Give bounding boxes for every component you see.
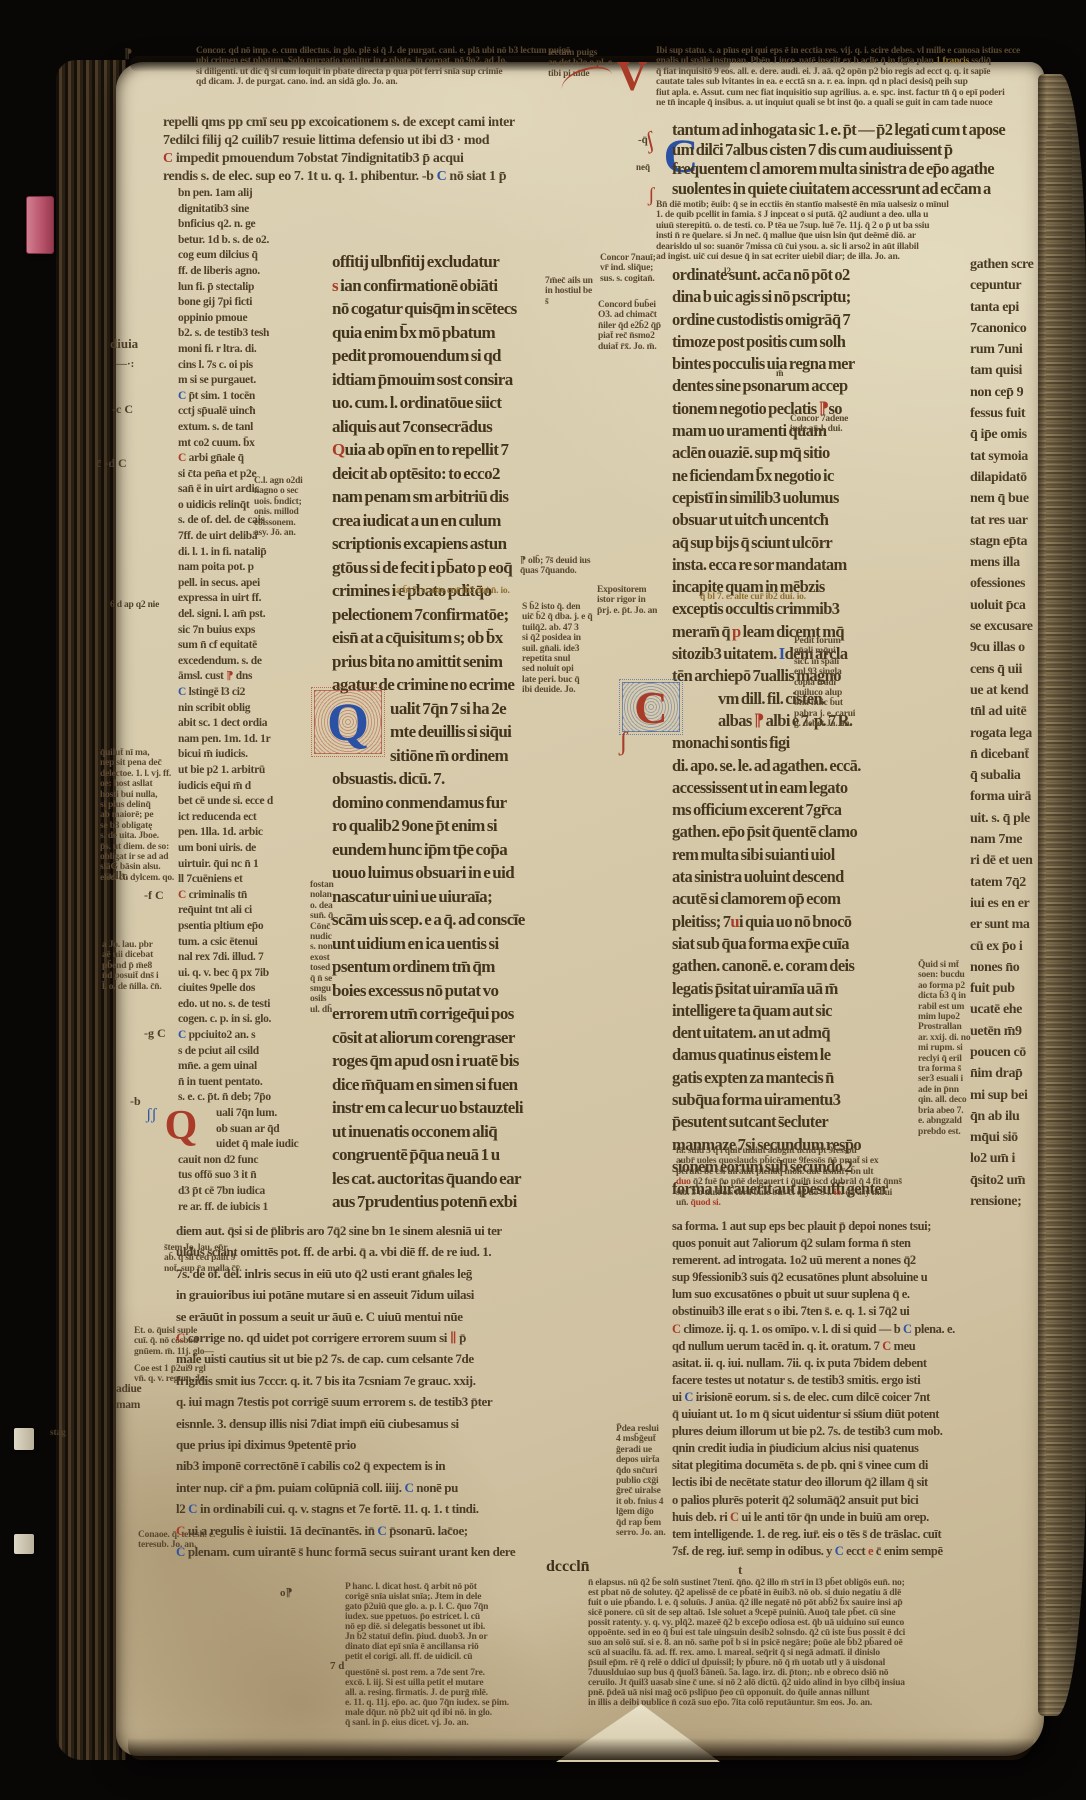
initial-v-red: V bbox=[612, 54, 652, 100]
marginal-7d: 7 d bbox=[330, 1660, 344, 1672]
red-paraph-top-left: ⁋ bbox=[124, 46, 132, 62]
gutter-gloss-6: S b̄2 isto q̄. denuic̄ b̄2 q̄ dba. j. e … bbox=[522, 602, 600, 696]
marginal-letter-g-blue: -g C bbox=[144, 1026, 166, 1041]
pink-bookmark-tab bbox=[26, 196, 54, 254]
parchment-tab-2 bbox=[14, 1534, 34, 1554]
marginal-letter-d-red: c̄ -d C bbox=[96, 456, 127, 471]
marginal-dash: —·: bbox=[116, 358, 134, 370]
marginal-stag-note: stag bbox=[50, 1428, 66, 1438]
marginal-adh: adh. bbox=[106, 868, 128, 883]
folio-number: dcccln̄ bbox=[546, 1558, 590, 1576]
marginal-letter-f-red: -f C bbox=[144, 888, 164, 903]
gloss-paragraph-under-right-column: fā. suid 3 q̄ i q̄uit uiuiut adognt̄ ucn… bbox=[676, 1146, 946, 1208]
marginal-o-paraph: o⁋ bbox=[280, 1586, 293, 1599]
marginal-q-note: -q̄ bbox=[638, 134, 648, 146]
gutter-gloss-18: 7m̄ec̄ ails unin hostiul bes̄ bbox=[545, 276, 619, 307]
red-m-mark: m̄ bbox=[776, 368, 784, 378]
marginal-word-diuia: diuia bbox=[110, 336, 138, 352]
page-bottom-edge-shadow bbox=[128, 1738, 1034, 1760]
initial-q-blue-filigree: Q bbox=[314, 690, 382, 754]
bottom-left-text-column: diem aut. q̄si si de p̄libris aro 7q̄2 s… bbox=[176, 1220, 612, 1563]
parchment-tab-1 bbox=[14, 1428, 34, 1450]
marginal-letter-c-blue: -c C bbox=[112, 402, 133, 417]
gutter-gloss-13: P̄dea reslui4 msb̄ḡeut̄ḡeradi uedepos ui… bbox=[616, 1424, 678, 1538]
red-l2-mark: l2 bbox=[724, 266, 731, 276]
marginal-gloss-17: fostannolano. deasun̄. q̄Cōnc̄nudics. no… bbox=[310, 880, 352, 1015]
marginal-letter-b: -b bbox=[130, 1094, 141, 1109]
gutter-gloss-5: ⁋ olb̄; 7s̄ deuid iusq̄uas 7q̄uando. bbox=[520, 556, 600, 577]
bottom-gloss-right-paragraph: n̄ elapsus. nū q̄2 b̄e soln̄ sustinet 7t… bbox=[588, 1578, 1032, 1708]
bottom-gloss-left-paragraph-1: P hanc. l. dicat host. q̄ arbit nō pōtco… bbox=[345, 1582, 550, 1662]
initial-c-red-filigree: C bbox=[622, 682, 680, 732]
ochre-interlinear-note-right: q̄ b̄l 7. e. alte cur̄ ib̄2 dui. io. bbox=[700, 592, 880, 602]
left-column-intro-gloss: repelli qms pp cmī seu pp excoicationem … bbox=[163, 114, 631, 186]
gutter-gloss-8: P̄edit forumgn̄ali mq̄uisict̄. in spalie… bbox=[794, 636, 866, 730]
interlinear-gloss-right: Bn̄ diē motib; ēuib: q̄ se in ecctiis ēn… bbox=[656, 200, 1008, 262]
gutter-gloss-9: Q̄uid si mt̄soen: bucduao forma p2dicta … bbox=[918, 960, 990, 1137]
gutter-gloss-4: Expositoremistor rigor inp̄rj. e. p̄t. J… bbox=[597, 585, 663, 616]
top-gloss-right-block: Ibi sup statu. s. a pīus epi qui eps ē i… bbox=[656, 46, 1008, 108]
main-text-right-column: ordinate sunt. acc̄a nō pōt o2dina b uic… bbox=[672, 264, 914, 1200]
ochre-interlinear-note-left: a b̄i 7. e. aste cur̄ ib̄2 dui n̄. io. bbox=[396, 586, 526, 596]
bottom-gloss-left-paragraph-2: questōnē si. post rem. a 7de sent 7re.ex… bbox=[345, 1668, 550, 1728]
catchword: t bbox=[738, 1562, 742, 1578]
marginal-gloss-15: a Jo. lau. pbraē uii dicebatpb̄end p̄ m̄… bbox=[102, 940, 170, 992]
marginal-adiue-mam: adiuemam bbox=[116, 1382, 176, 1413]
bottom-right-text-column: sa forma. 1 aut sup eps bec plauit p̄ de… bbox=[672, 1218, 1012, 1560]
top-gloss-left-block: Concor. qd nō imp. e. cum dilectus. in g… bbox=[196, 46, 568, 88]
left-gloss-column: bn pen. 1am alijdignitatib3 sinebnficius… bbox=[178, 186, 314, 1215]
main-text-right-wide-lines: tantum ad inhogata sic 1. e. p̄t — p̄2 l… bbox=[672, 120, 1024, 198]
marginal-tiny-note: 6 d ap q2 nie bbox=[110, 600, 159, 610]
initial-q-red: Q bbox=[160, 1100, 202, 1152]
gutter-gloss-7: Concor 7adeneinde ar̄. l. dui. bbox=[790, 414, 866, 435]
gutter-gloss-3: C.l. agn o2dinagno o secuois. b̄ndict;on… bbox=[254, 476, 332, 538]
marginal-gloss-16: q̄uilut̄ nī ma,nep sit pena dec̄delectoe… bbox=[100, 748, 174, 883]
gutter-gloss-2: Concord b̄ub̄eiO3. ad chimac̄tn̄iler q̄d… bbox=[598, 300, 664, 352]
red-tiny-note: neq̄ bbox=[636, 162, 650, 172]
